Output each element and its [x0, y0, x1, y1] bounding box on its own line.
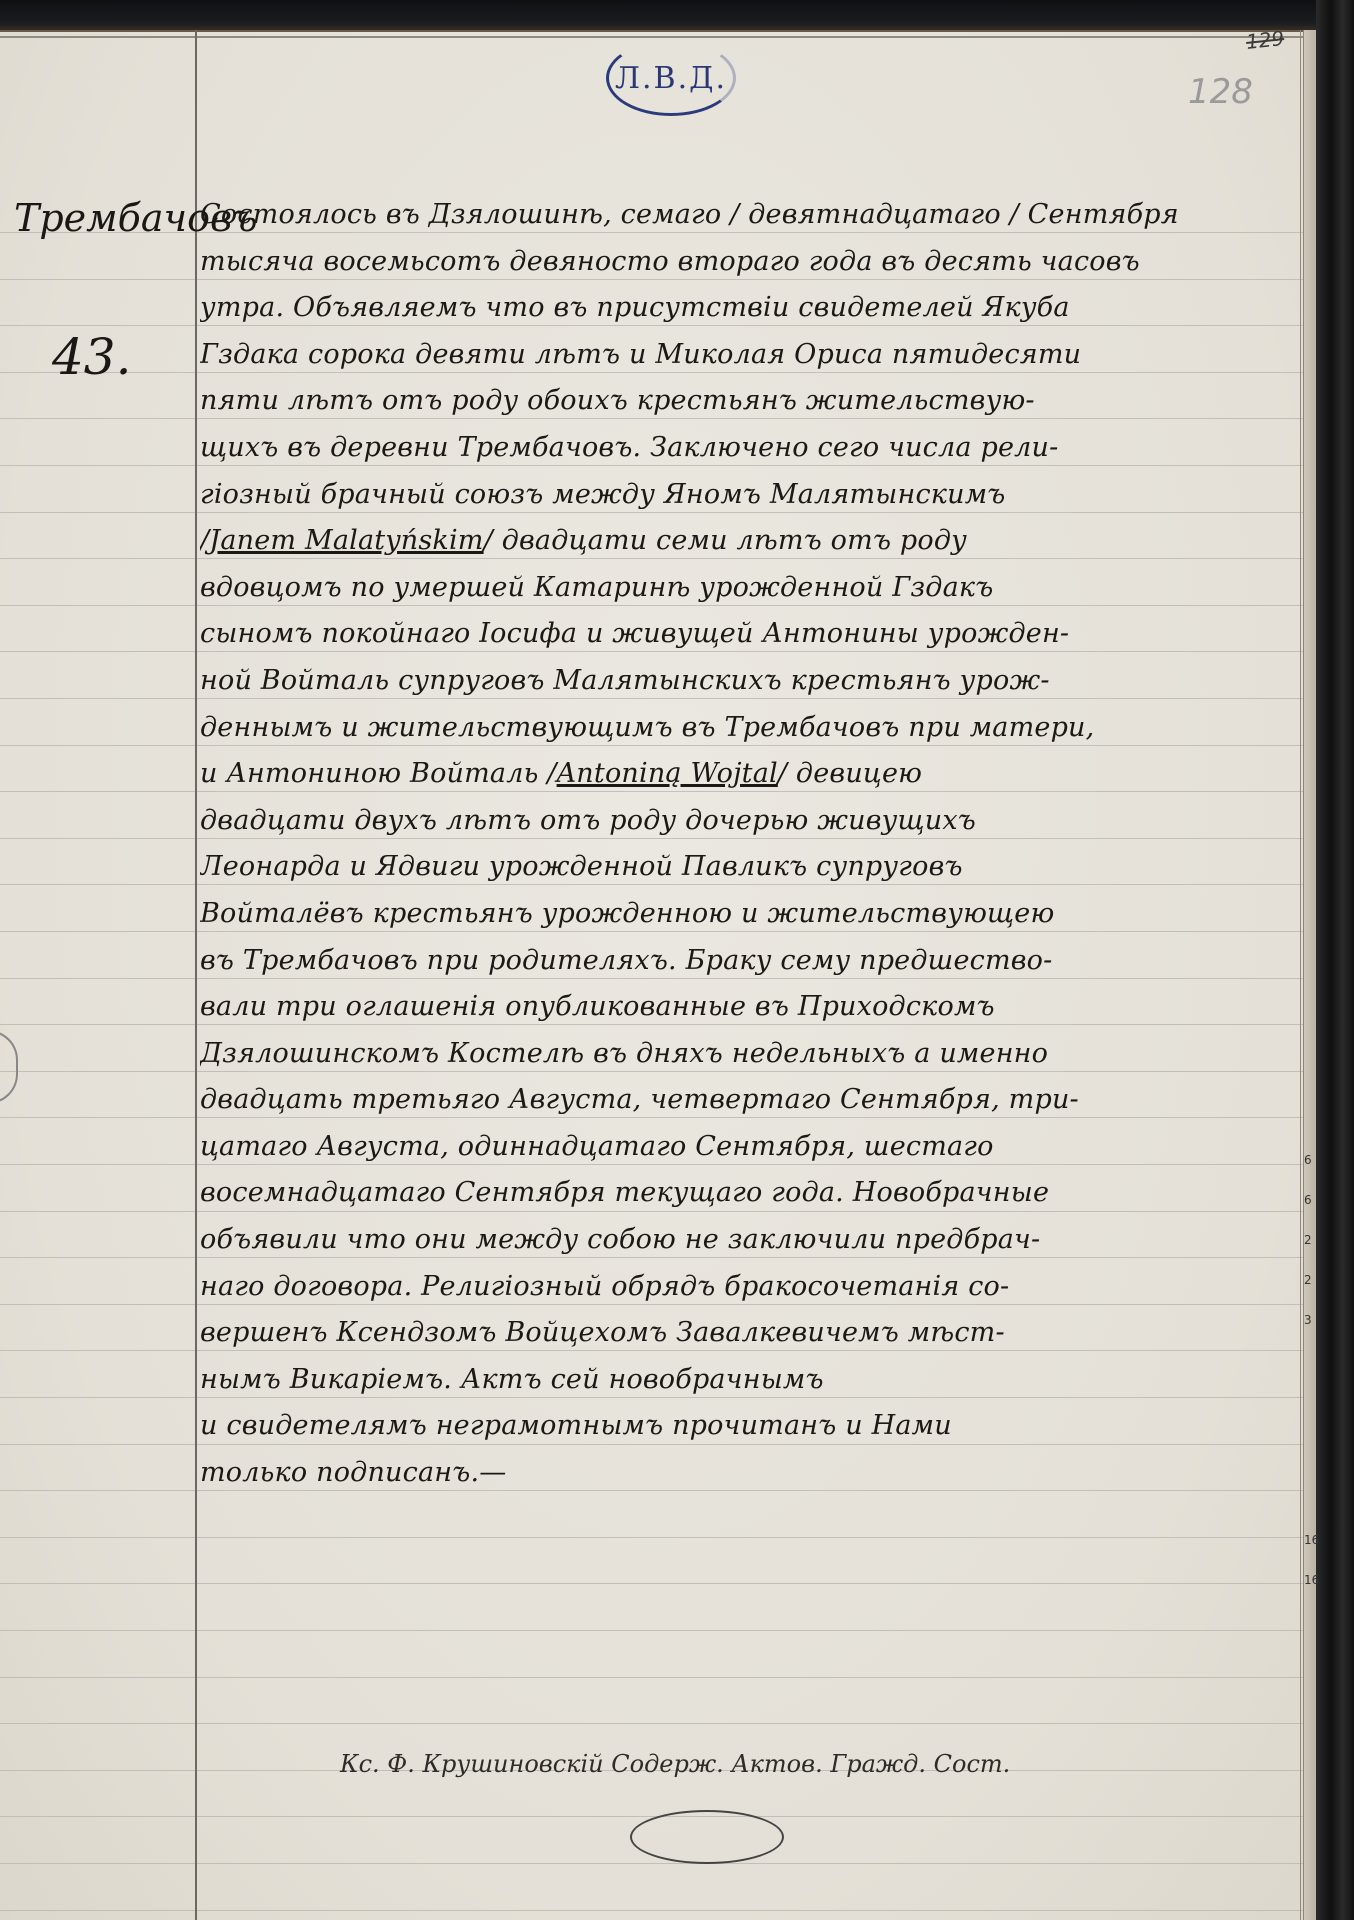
entry-line: сыномъ покойнаго Іосифа и живущей Антони… [200, 611, 1300, 658]
book-binding-top [0, 0, 1354, 32]
entry-line: вершенъ Ксендзомъ Войцехомъ Завалкевичем… [200, 1310, 1300, 1357]
entry-line-groom-latin: /Janem Malatyńskim/ двадцати семи лѣтъ о… [200, 518, 1300, 565]
entry-line: въ Трембачовъ при родителяхъ. Браку сему… [200, 938, 1300, 985]
entry-line: щихъ въ деревни Трембачовъ. Заключено се… [200, 425, 1300, 472]
entry-line: Состоялось въ Дзялошинѣ, семаго / девятн… [200, 192, 1300, 239]
entry-line: пяти лѣтъ отъ роду обоихъ крестьянъ жите… [200, 378, 1300, 425]
folio-number-old: 129 [1245, 26, 1285, 54]
page-stack-edge [1303, 30, 1317, 1920]
entry-line: гіозный брачный союзъ между Яномъ Маляты… [200, 472, 1300, 519]
priest-signature: Кс. Ф. Крушиновскій Содерж. Актов. Гражд… [340, 1750, 1160, 1840]
folio-number: 128 [1188, 72, 1253, 112]
page-edge-marks: 6 6 2 2 3 16 16 [1304, 1140, 1316, 1600]
entry-line: тысяча восемьсотъ девяносто втораго года… [200, 239, 1300, 286]
entry-text: Состоялось въ Дзялошинѣ, семаго / девятн… [200, 192, 1300, 1497]
entry-line: восемнадцатаго Сентября текущаго года. Н… [200, 1170, 1300, 1217]
margin-rule-line [195, 30, 197, 1920]
book-binding-right [1316, 0, 1354, 1920]
entry-line: ной Войталь супруговъ Малятынскихъ крест… [200, 658, 1300, 705]
entry-line: деннымъ и жительствующимъ въ Трембачовъ … [200, 705, 1300, 752]
right-rule-line [1300, 30, 1301, 1920]
entry-line: наго договора. Религіозный обрядъ бракос… [200, 1264, 1300, 1311]
entry-line: вдовцомъ по умершей Катаринѣ урожденной … [200, 565, 1300, 612]
entry-line: Дзялошинскомъ Костелѣ въ дняхъ недельных… [200, 1031, 1300, 1078]
entry-line: Леонарда и Ядвиги урожденной Павликъ суп… [200, 844, 1300, 891]
archive-stamp: Л.В.Д. [606, 40, 736, 116]
entry-line-bride-latin: и Антониною Войталь /Antoniną Wojtal/ де… [200, 751, 1300, 798]
entry-line: утра. Объявляемъ что въ присутствіи свид… [200, 285, 1300, 332]
signature-text: Кс. Ф. Крушиновскій Содерж. Актов. Гражд… [340, 1750, 1010, 1778]
signature-flourish [630, 1810, 784, 1864]
entry-line: двадцати двухъ лѣтъ отъ роду дочерью жив… [200, 798, 1300, 845]
entry-line: Войталёвъ крестьянъ урожденною и жительс… [200, 891, 1300, 938]
entry-line: вали три оглашенія опубликованные въ При… [200, 984, 1300, 1031]
entry-line: только подписанъ.— [200, 1450, 1300, 1497]
entry-line: нымъ Викаріемъ. Актъ сей новобрачнымъ [200, 1357, 1300, 1404]
groom-latin-name: Janem Malatyńskim [209, 525, 483, 556]
entry-line: и свидетелямъ неграмотнымъ прочитанъ и Н… [200, 1403, 1300, 1450]
entry-number: 43. [52, 328, 132, 386]
entry-line: цатаго Августа, одиннадцатаго Сентября, … [200, 1124, 1300, 1171]
entry-line: Гздака сорока девяти лѣтъ и Миколая Орис… [200, 332, 1300, 379]
entry-line: объявили что они между собою не заключил… [200, 1217, 1300, 1264]
entry-line: двадцать третьяго Августа, четвертаго Се… [200, 1077, 1300, 1124]
bride-latin-name: Antoniną Wojtal [557, 758, 778, 789]
